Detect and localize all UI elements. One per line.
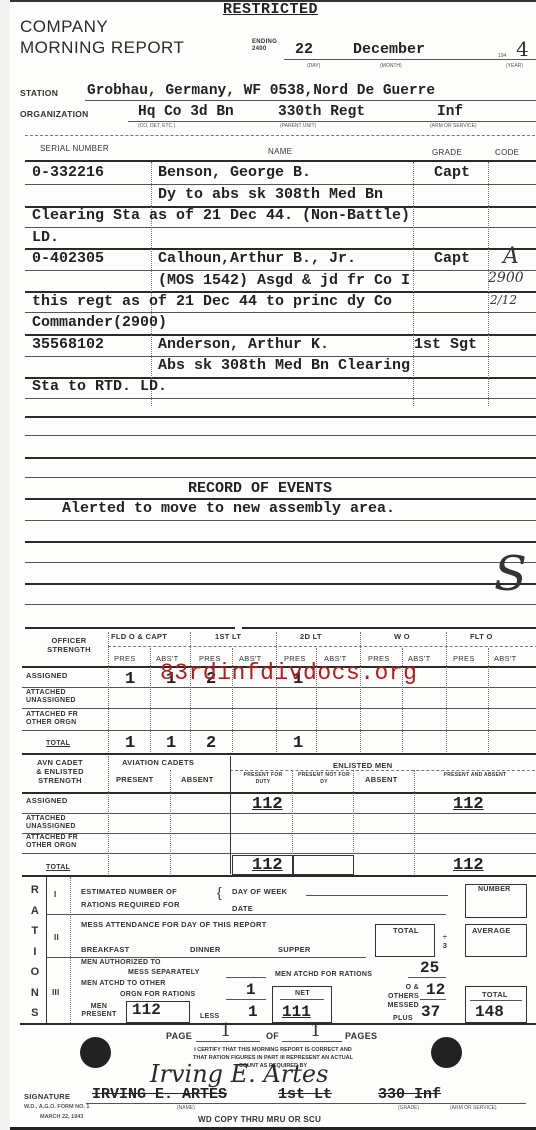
entry-remark: LD. (32, 229, 59, 246)
entry-serial: 0-332216 (32, 164, 104, 181)
officer-row-line (22, 687, 536, 688)
entry-serial: 0-402305 (32, 250, 104, 267)
mess-separately-field (226, 977, 266, 978)
rations-letter: R (29, 880, 41, 901)
report-year-suffix: 4 (516, 37, 529, 61)
atchd-for-rations-value: 25 (420, 959, 439, 977)
col-divider (151, 162, 152, 406)
station-label: STATION (20, 88, 58, 98)
group-wo: W O (394, 632, 410, 641)
row-label-attached-unassigned: ATTACHED UNASSIGNED (26, 815, 96, 831)
record-of-events-heading: RECORD OF EVENTS (188, 480, 332, 497)
page-field (196, 1041, 260, 1042)
grand-total-label: TOTAL (482, 990, 508, 999)
station-line (85, 100, 536, 101)
plus-value: 37 (421, 1003, 440, 1021)
entry-name: Benson, George B. (158, 164, 311, 181)
group-2d-lt: 2D LT (300, 632, 322, 641)
org-caption-1: (CO, DET, ETC.) (138, 123, 175, 129)
col-divider (413, 162, 414, 406)
form-number: W.D., A.G.O. FORM NO. 1 (24, 1104, 90, 1110)
brace: { (217, 884, 222, 900)
mess-attendance-label: MESS ATTENDANCE FOR DAY OF THIS REPORT (81, 920, 267, 929)
rations-letter: A (29, 901, 41, 922)
section-1-numeral: I (54, 890, 57, 899)
officer-strength-label-1: OFFICER (40, 636, 98, 645)
rule (242, 627, 536, 629)
men-present-label-2: PRESENT (74, 1011, 124, 1019)
group-aviation-cadets: AVIATION CADETS (122, 758, 194, 767)
average-label: AVERAGE (472, 926, 511, 935)
subcol-present-not-for-dy: PRESENT NOT FOR DY (298, 772, 350, 786)
form-date: MARCH 22, 1943 (40, 1114, 83, 1120)
report-day: 22 (295, 41, 313, 58)
rations-section-line (46, 957, 366, 958)
col-name: NAME (268, 147, 292, 156)
rule (25, 583, 536, 585)
col-serial-number: SERIAL NUMBER (40, 144, 109, 153)
group-flt-o: FLT O (470, 632, 493, 641)
atchd-other-label-1: MEN ATCHD TO OTHER (81, 980, 166, 987)
less-label: LESS (200, 1013, 219, 1020)
officer-total-cell: 1 (293, 734, 303, 753)
men-present-label: MEN PRESENT (74, 1003, 124, 1019)
rule (25, 520, 536, 521)
enlisted-strength-label-2: & ENLISTED (24, 767, 96, 776)
subcol-absent: ABSENT (181, 775, 214, 784)
signature-label: SIGNATURE (24, 1092, 70, 1101)
officer-col-divider (150, 648, 151, 752)
men-authorized-label-1: MEN AUTHORIZED TO (81, 959, 161, 966)
handwritten-signature: Irving E. Artes (150, 1060, 328, 1088)
enlisted-cell-present-and-absent: 112 (453, 795, 484, 814)
officer-col-divider (446, 632, 447, 752)
subcol-absent-em: ABSENT (365, 775, 398, 784)
row-label-total: TOTAL (46, 740, 70, 747)
subcol-present-for-duty: PRESENT FOR DUTY (238, 772, 288, 786)
record-of-events-initial: S (494, 550, 527, 598)
row-label-attached-unassigned: ATTACHED UNASSIGNED (26, 689, 96, 705)
year-prefix: 194 (498, 53, 506, 59)
name-caption: (NAME) (177, 1105, 195, 1111)
day-of-week-field (306, 895, 448, 896)
report-month: December (353, 41, 425, 58)
officer-cell: 1 (125, 670, 135, 689)
enlisted-strength-label-3: STRENGTH (24, 776, 96, 785)
entry-name: Anderson, Arthur K. (158, 336, 329, 353)
binder-hole-right (431, 1037, 462, 1068)
row-label-attached-fr-other-orgn: ATTACHED FR OTHER ORGN (26, 834, 106, 850)
entry-grade: 1st Sgt (414, 336, 477, 353)
header-separator (25, 135, 536, 136)
group-1st-lt: 1ST LT (215, 632, 241, 641)
officer-row-line (22, 753, 536, 755)
ending-label-2: 2400 (252, 46, 277, 53)
enlisted-subheader-line (230, 770, 536, 771)
less-value: 1 (248, 1003, 258, 1021)
classification-stamp: RESTRICTED (223, 1, 318, 18)
enlisted-strength-label-1: AVN CADET (24, 758, 96, 767)
rations-letter: O (29, 962, 41, 983)
officer-strength-label-2: STRENGTH (40, 645, 98, 654)
enlisted-total-present-and-absent: 112 (453, 856, 484, 875)
signer-name: IRVING E. ARTES (92, 1086, 227, 1103)
pages-label: PAGES (345, 1031, 377, 1041)
form-title-line1: COMPANY (20, 17, 108, 37)
section-3-numeral: III (52, 988, 60, 997)
enlisted-row-line (22, 875, 536, 877)
dinner-label: DINNER (190, 945, 221, 954)
rations-numeral-divider (70, 877, 71, 1023)
rations-section-line (46, 914, 446, 915)
entry-remark: this regt as of 21 Dec 44 to princ dy Co (32, 293, 392, 310)
rule (25, 477, 536, 478)
entry-remark: (MOS 1542) Asgd & jd fr Co I (158, 272, 410, 289)
enlisted-col-divider (108, 756, 109, 874)
entry-grade: Capt (434, 164, 470, 181)
binder-hole-left (80, 1037, 111, 1068)
rations-letter: T (29, 921, 41, 942)
entry-remark: Dy to abs sk 308th Med Bn (158, 186, 383, 203)
plus-label: PLUS (393, 1015, 413, 1022)
station-value: Grobhau, Germany, WF 0538,Nord De Guerre (87, 83, 435, 99)
officer-total-cell: 2 (206, 734, 216, 753)
group-enlisted-men: ENLISTED MEN (333, 761, 392, 770)
officer-row-line (22, 730, 536, 731)
rule (25, 457, 536, 459)
subcol-present: PRESENT (116, 775, 154, 784)
officer-col-divider (488, 648, 489, 752)
enlisted-col-divider (170, 770, 171, 874)
rule (25, 604, 536, 605)
total-box (292, 855, 354, 875)
entry-remark: Commander(2900) (32, 314, 167, 331)
enlisted-row-line (22, 853, 536, 854)
entry-remark: Abs sk 308th Med Bn Clearing (158, 357, 410, 374)
net-label: NET (295, 990, 310, 997)
enlisted-cell-present-for-duty: 112 (252, 795, 283, 814)
rations-bottom-line (20, 1023, 536, 1025)
date-label: DATE (232, 904, 253, 913)
subcol: PRES (114, 654, 136, 663)
enlisted-row-line (22, 792, 536, 794)
page-value: 1 (220, 1020, 231, 1041)
rule (25, 184, 536, 185)
col-grade: GRADE (432, 148, 462, 157)
rule (25, 270, 536, 271)
men-present-label-1: MEN (74, 1003, 124, 1011)
page-label: PAGE (166, 1031, 192, 1041)
date-line (284, 59, 506, 60)
arm-value: Inf (437, 104, 463, 120)
o-others-value: 12 (426, 981, 445, 999)
rule (25, 627, 235, 629)
rule (25, 541, 536, 543)
men-present-value: 112 (132, 1001, 161, 1019)
rations-letter: S (29, 1003, 41, 1024)
signature-line (86, 1103, 526, 1104)
rations-side-label: R A T I O N S (29, 880, 41, 1024)
number-label: NUMBER (478, 886, 511, 893)
watermark: 83rdinfdivdocs.org (160, 660, 417, 686)
section-2-numeral: II (54, 933, 59, 942)
group-fld-o-capt: FLD O & CAPT (111, 632, 167, 641)
rations-letter: N (29, 983, 41, 1004)
enlisted-col-divider (230, 756, 231, 874)
officer-col-divider (360, 632, 361, 752)
atchd-other-label-2: ORGN FOR RATIONS (120, 991, 195, 998)
organization-label: ORGANIZATION (20, 109, 89, 119)
total-attendance-label: TOTAL (393, 926, 419, 935)
o-others-label: O & OTHERS MESSED (383, 983, 419, 1010)
atchd-other-value: 1 (246, 981, 256, 999)
signer-unit: 330 Inf (378, 1086, 441, 1103)
grade-caption: (GRADE) (398, 1105, 419, 1111)
entry-name: Calhoun,Arthur B., Jr. (158, 250, 356, 267)
o-others-field (420, 999, 446, 1000)
entry-remark: Sta to RTD. LD. (32, 378, 167, 395)
atchd-other-field (226, 999, 266, 1000)
month-caption: (MONTH) (380, 63, 402, 69)
entry-grade: Capt (434, 250, 470, 267)
organization-value: Hq Co 3d Bn (138, 104, 234, 120)
subcol-present-and-absent: PRESENT AND ABSENT (440, 772, 510, 779)
rule (25, 312, 536, 313)
o-others-label-1: O & OTHERS (383, 983, 419, 1001)
ending-label: ENDING 2400 (252, 39, 277, 53)
grand-total-divider (470, 1000, 522, 1001)
officer-strength-label: OFFICER STRENGTH (40, 636, 98, 654)
rule (25, 227, 536, 228)
supper-label: SUPPER (278, 945, 311, 954)
entry-code: A (503, 244, 519, 269)
enlisted-strength-label: AVN CADET & ENLISTED STRENGTH (24, 758, 96, 785)
officer-subheader-line (108, 646, 536, 647)
rule (25, 416, 536, 418)
record-of-events-text: Alerted to move to new assembly area. (62, 500, 395, 517)
entry-remark: Clearing Sta as of 21 Dec 44. (Non-Battl… (32, 207, 410, 224)
of-label: OF (266, 1031, 279, 1041)
section-1-label-2: RATIONS REQUIRED FOR (81, 900, 180, 909)
enlisted-col-divider (414, 770, 415, 874)
year-caption: (YEAR) (506, 63, 523, 69)
o-others-label-2: MESSED (383, 1001, 419, 1010)
day-of-week-label: DAY OF WEEK (232, 887, 287, 896)
rule (25, 398, 536, 399)
grand-total-value: 148 (475, 1003, 504, 1021)
enlisted-total-present-for-duty: 112 (252, 856, 283, 875)
parent-unit-value: 330th Regt (278, 104, 365, 120)
officer-col-divider (108, 632, 109, 752)
rule (25, 435, 536, 436)
rations-side-divider (46, 877, 47, 1023)
entry-serial: 35568102 (32, 336, 104, 353)
col-code: CODE (495, 148, 519, 157)
organization-line (128, 121, 536, 122)
net-divider (280, 999, 324, 1000)
divide-by-three: ÷ 3 (440, 932, 450, 950)
officer-row-line (22, 708, 536, 709)
net-value: 111 (282, 1003, 311, 1021)
breakfast-label: BREAKFAST (81, 945, 130, 954)
section-1-label-1: ESTIMATED NUMBER OF (81, 887, 177, 896)
entry-handwritten-note: 2900 (488, 270, 524, 286)
rule (25, 160, 536, 162)
row-label-assigned: ASSIGNED (26, 796, 68, 805)
form-title-line2: MORNING REPORT (20, 38, 184, 58)
entry-handwritten-note: 2/12 (490, 293, 517, 307)
officer-total-cell: 1 (125, 734, 135, 753)
rations-letter: I (29, 942, 41, 963)
arm-caption: (ARM OR SERVICE) (450, 1105, 497, 1111)
morning-report-document: RESTRICTED COMPANY MORNING REPORT ENDING… (0, 0, 536, 1130)
row-label-total: TOTAL (46, 864, 70, 871)
org-caption-2: (PARENT UNIT) (280, 123, 316, 129)
officer-col-divider (276, 632, 277, 752)
atchd-for-rations-field (408, 977, 446, 978)
copy-note: WD COPY THRU MRU OR SCU (198, 1115, 321, 1124)
pages-field (282, 1041, 342, 1042)
ending-label-1: ENDING (252, 39, 277, 46)
atchd-for-rations-label: MEN ATCHD FOR RATIONS (275, 971, 372, 978)
rule (25, 562, 536, 563)
officer-total-cell: 1 (166, 734, 176, 753)
men-authorized-label-2: MESS SEPARATELY (128, 969, 200, 976)
subcol: PRES (453, 654, 475, 663)
certify-line-1: I CERTIFY THAT THIS MORNING REPORT IS CO… (148, 1046, 398, 1054)
officer-col-divider (190, 632, 191, 752)
org-caption-3: (ARM OR SERVICE) (430, 123, 477, 129)
pages-value: 1 (310, 1020, 321, 1041)
subcol: ABS'T (494, 654, 517, 663)
row-label-attached-fr-other-orgn: ATTACHED FR OTHER ORGN (26, 711, 96, 727)
day-caption: (DAY) (307, 63, 320, 69)
signer-grade: 1st Lt (278, 1086, 332, 1103)
row-label-assigned: ASSIGNED (26, 671, 68, 680)
